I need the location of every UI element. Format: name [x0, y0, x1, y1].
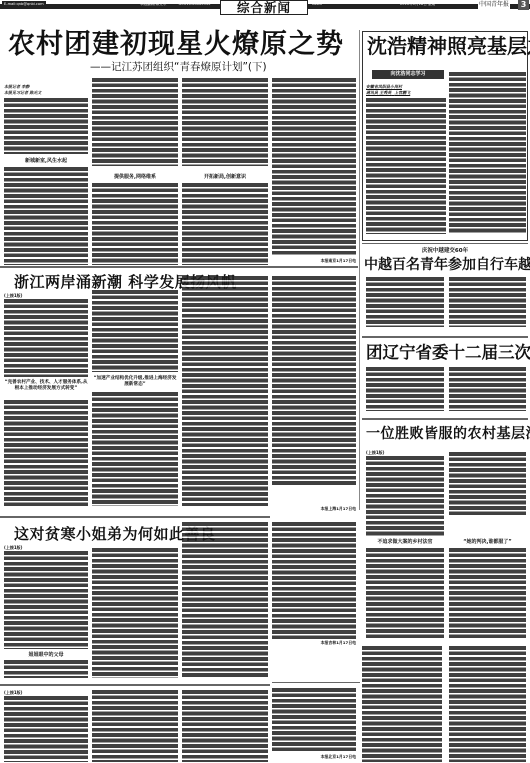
- lead-subheadline: ——记江苏团组织“青春燎原计划”(下): [90, 61, 267, 74]
- paper-logo: 中国青年报: [478, 0, 510, 9]
- section-title: 综合新闻: [220, 0, 308, 15]
- byline-2: 通讯员 王秀英: [366, 90, 391, 95]
- right-mid-col2: [449, 277, 526, 327]
- divider: [0, 684, 270, 686]
- lead-col1-text-2: [4, 167, 88, 265]
- lead-credit: 本报南京1月17日电: [272, 258, 356, 264]
- section-en: News: [312, 1, 322, 7]
- bottom-credit: 本报北京1月17日电: [272, 754, 356, 760]
- page-number: 3: [518, 0, 529, 10]
- right-mid2-col2: [449, 367, 526, 411]
- article-3-subhead-1: 姐姐眼中的父母: [4, 651, 88, 659]
- lead-subhead-3: 开拓新局,创新意识: [182, 173, 268, 181]
- masthead-phone: Tel:010-64065533: [178, 1, 210, 7]
- byline-row: 通讯员 王秀英 上官鹏飞: [366, 90, 448, 96]
- divider: [0, 516, 270, 518]
- masthead-editor: 本版编辑/陈文永: [140, 1, 166, 7]
- article-2-col3: [182, 276, 268, 506]
- article-3-col2: [92, 548, 178, 678]
- right-mid-headline: 中越百名青年参加自行车越野赛: [364, 256, 530, 274]
- lead-col1-text: [4, 98, 88, 154]
- lead-col4-text: [272, 78, 356, 256]
- right-bottom-subhead-1: 不追求做大案的乡村法官: [366, 538, 444, 546]
- right-bottom-col2-2: [449, 548, 526, 640]
- divider: [0, 266, 358, 268]
- article-2-col2-2: [92, 392, 178, 506]
- bottom-col4: [272, 688, 356, 752]
- right-mid2-headline: 团辽宁省委十二届三次全会召开: [366, 343, 530, 363]
- article-2-col1: [4, 299, 88, 377]
- right-bottom-col1-2: [366, 548, 444, 640]
- lead-subhead-1: 新城新室,风生水起: [4, 157, 88, 165]
- right-top-col2: [449, 72, 526, 234]
- lead-subhead-2: 提供服务,网络维系: [92, 173, 178, 181]
- divider: [362, 418, 528, 420]
- right-top-byline: 安徽省凤阳县小岗村 通讯员 王秀英 上官鹏飞: [366, 84, 448, 96]
- lead-headline: 农村团建初现星火燎原之势: [8, 30, 353, 60]
- lead-byline: 本报记者 李静 本报见习记者 陈光文: [4, 84, 84, 96]
- byline-2: 本报见习记者 陈光文: [4, 90, 84, 96]
- lead-col2-text-2: [92, 183, 178, 265]
- masthead-email: E-mail:qnb@qnbi.com: [2, 1, 46, 7]
- article-2-subhead-1: “完善农村产业、技术、人才服务体系,从根本上推动经济发展方式转变”: [4, 380, 88, 392]
- divider: [362, 336, 528, 338]
- bottom-col1: [4, 696, 88, 762]
- lead-col2-text: [92, 78, 178, 166]
- article-3-credit: 本报吉林1月17日电: [272, 640, 356, 646]
- right-mid2-col1: [366, 367, 444, 411]
- article-3-col3: [182, 522, 268, 678]
- article-3-col1: [4, 551, 88, 649]
- right-bottom-subhead-2: “她的判决,谁都服了”: [449, 538, 526, 546]
- article-2-col4: [272, 276, 356, 486]
- bottom-col6: [449, 646, 526, 762]
- byline-3: 上官鹏飞: [394, 90, 410, 95]
- article-2-credit: 本报上海1月17日电: [272, 506, 356, 512]
- article-2-subhead-2: “加速产业结构优化升级,推进上海经济发展新常态”: [92, 376, 178, 388]
- right-mid-kicker: 庆祝中越建交60年: [362, 246, 528, 254]
- bottom-col2: [92, 690, 178, 762]
- right-bottom-col1: [366, 456, 444, 536]
- right-bottom-headline: 一位胜败皆服的农村基层法官: [366, 424, 530, 444]
- right-mid-col1: [366, 277, 444, 327]
- lead-col3-text: [182, 78, 268, 166]
- right-top-col1: [366, 98, 446, 234]
- right-bottom-col2: [449, 452, 526, 516]
- divider: [362, 243, 528, 244]
- bottom-col5: [362, 646, 442, 762]
- right-top-headline: 沈浩精神照亮基层之路: [367, 34, 530, 58]
- masthead-date: 2010年1月18日 星期一: [400, 1, 439, 7]
- article-3-col1-2: [4, 660, 88, 678]
- right-top-tag: 向沈浩同志学习: [372, 70, 444, 79]
- article-3-col4: [272, 522, 356, 640]
- column-divider: [359, 30, 360, 510]
- article-2-col1-2: [4, 400, 88, 506]
- divider: [272, 682, 360, 683]
- lead-col3-text-2: [182, 183, 268, 265]
- article-2-col2: [92, 290, 178, 372]
- bottom-col3: [182, 690, 268, 762]
